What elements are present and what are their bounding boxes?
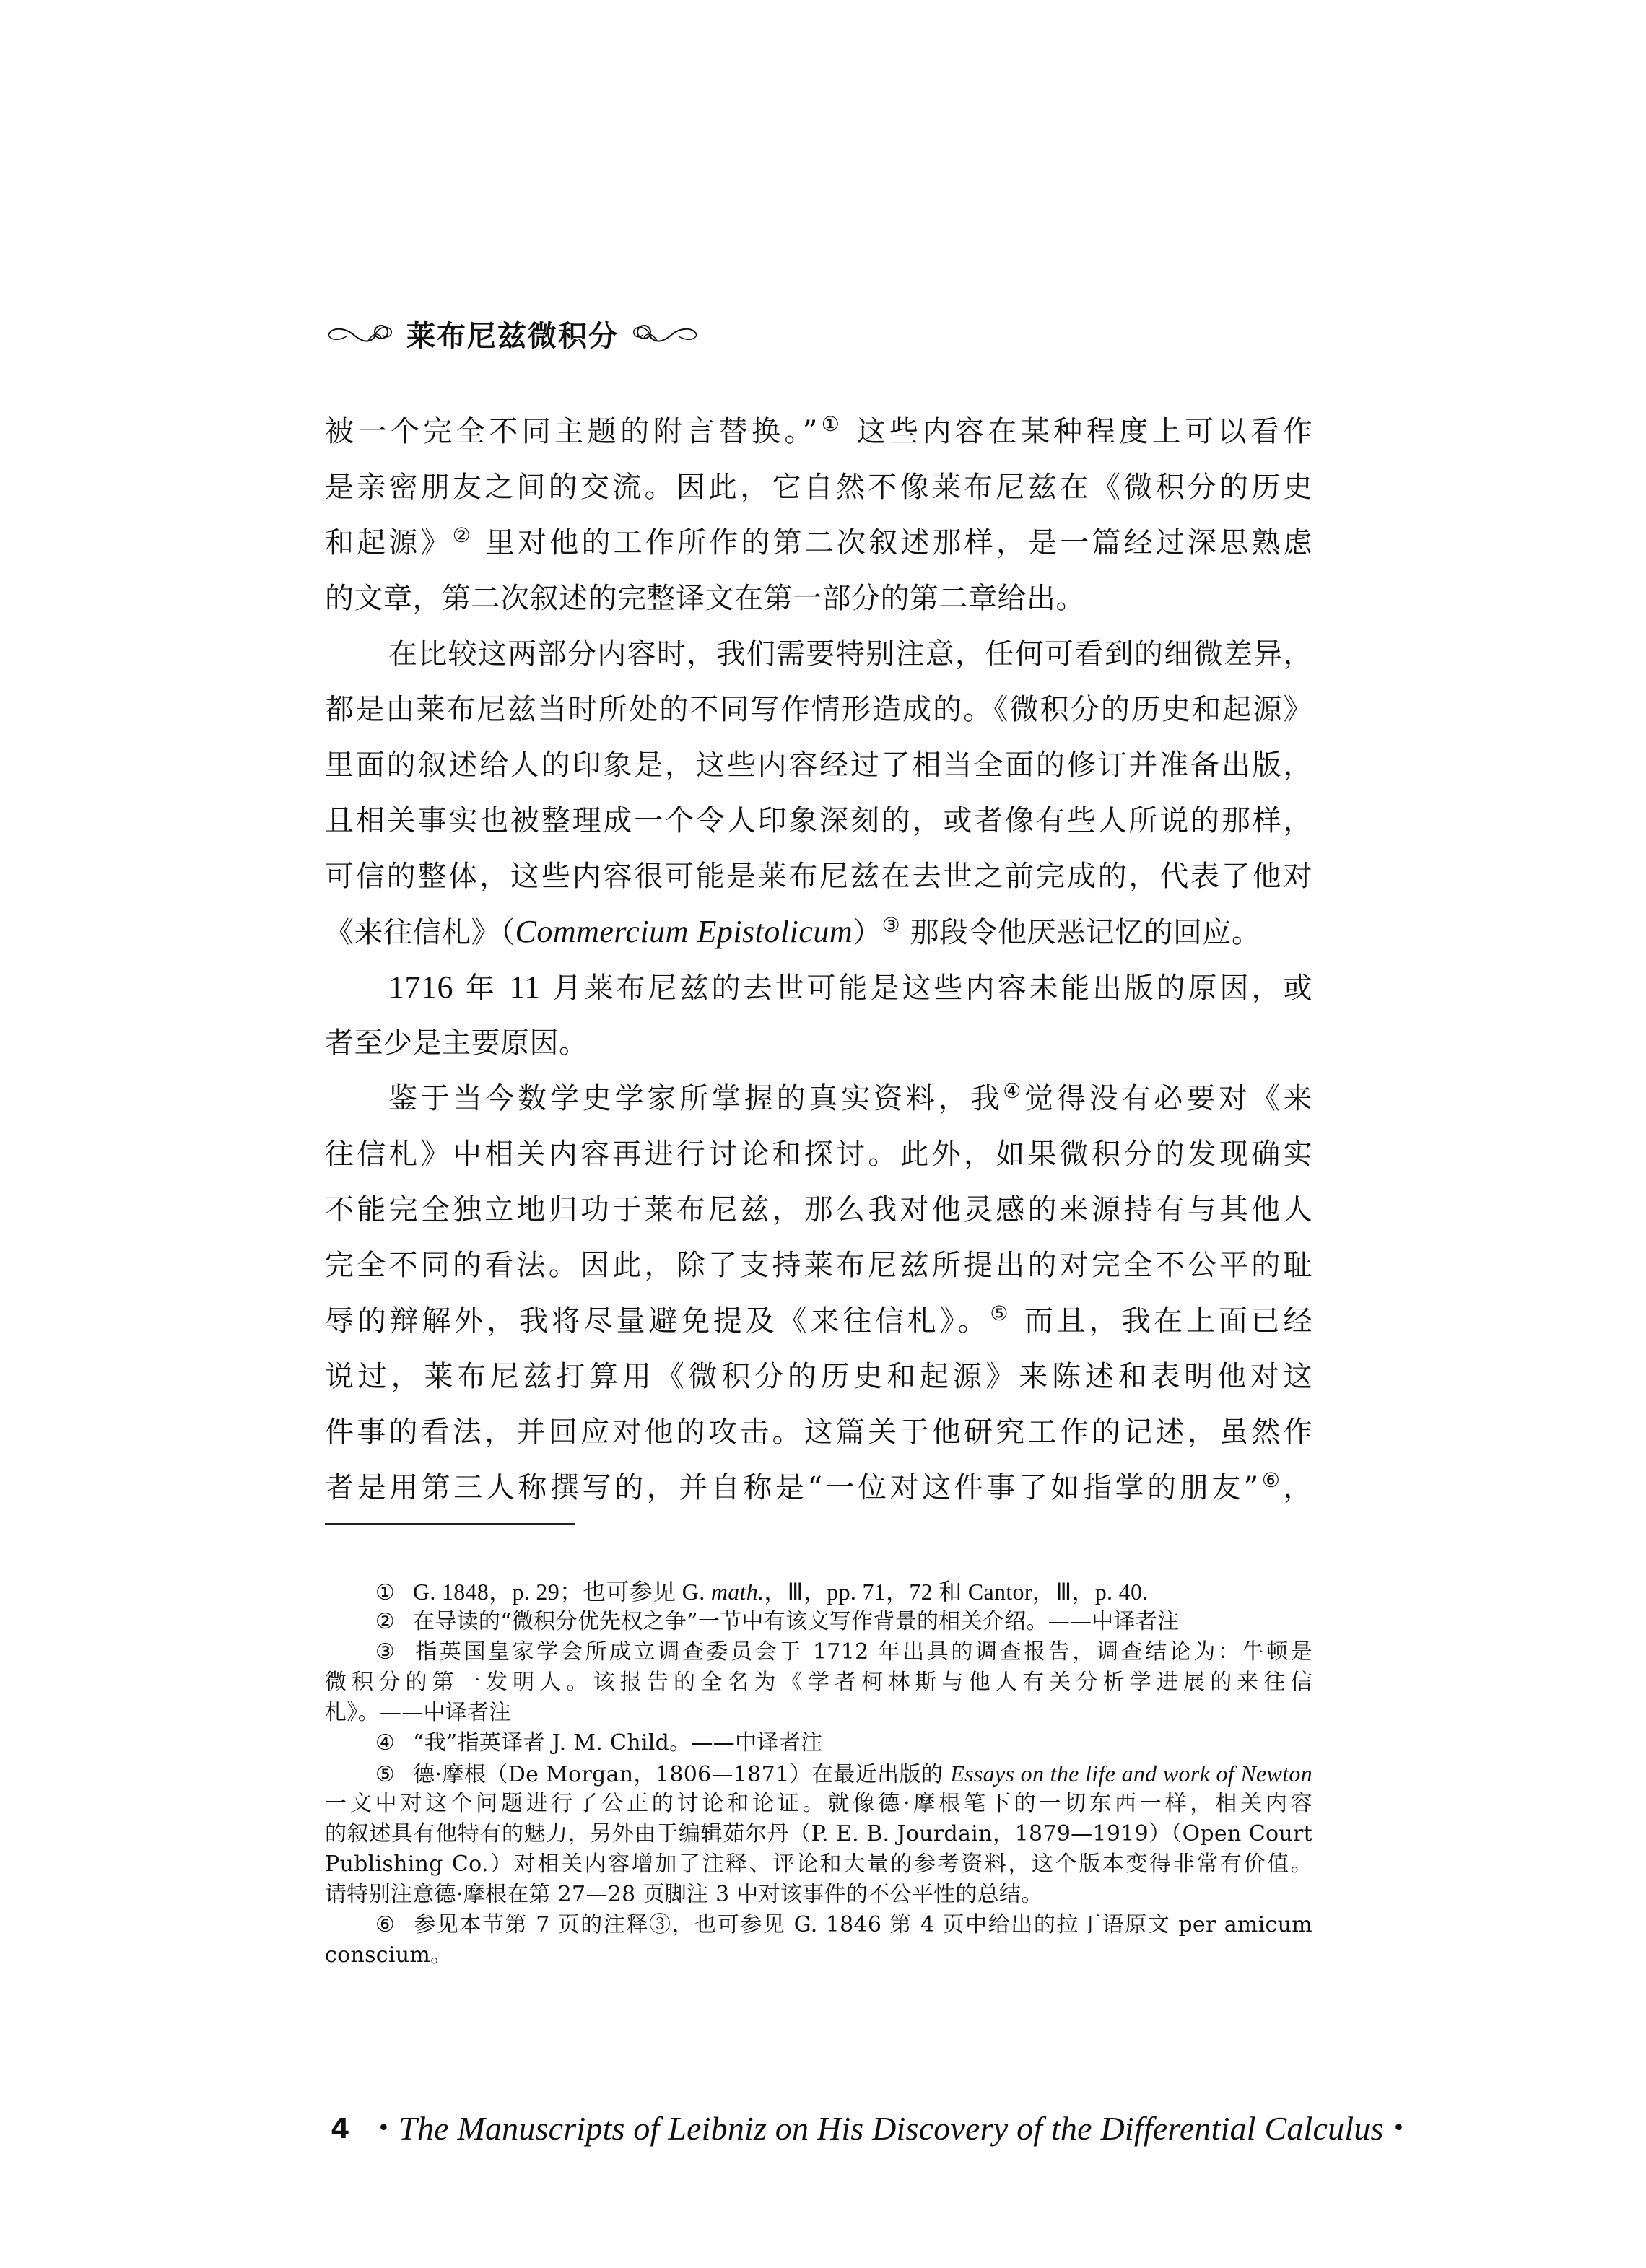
body-line: 且相关事实也被整理成一个令人印象深刻的，或者像有些人所说的那样， <box>325 798 1312 853</box>
body-line: 在比较这两部分内容时，我们需要特别注意，任何可看到的细微差异， <box>325 631 1312 686</box>
bullet-icon: • <box>377 2116 390 2141</box>
body-line: 者是用第三人称撰写的，并自称是“一位对这件事了如指掌的朋友”⑥， <box>325 1465 1312 1520</box>
page-footer: 4 • The Manuscripts of Leibniz on His Di… <box>331 2109 1414 2147</box>
body-line: 者至少是主要原因。 <box>325 1020 1312 1076</box>
running-header: 莱布尼兹微积分 <box>325 312 700 355</box>
body-text: 被一个完全不同主题的附言替换。”① 这些内容在某种程度上可以看作 是亲密朋友之间… <box>325 409 1312 1520</box>
footnote-5: ⑤德·摩根（De Morgan，1806—1871）在最近出版的 Essays … <box>325 1760 1312 1790</box>
body-line: 辱的辩解外，我将尽量避免提及《来往信札》。⑤ 而且，我在上面已经 <box>325 1298 1312 1353</box>
footnote-4: ④“我”指英译者 J. M. Child。——中译者注 <box>325 1730 1312 1760</box>
body-line: 完全不同的看法。因此，除了支持莱布尼兹所提出的对完全不公平的耻 <box>325 1242 1312 1298</box>
body-line: 和起源》② 里对他的工作所作的第二次叙述那样，是一篇经过深思熟虑 <box>325 520 1312 575</box>
page-number: 4 <box>331 2113 349 2145</box>
footnote-6: ⑥参见本节第 7 页的注释③，也可参见 G. 1846 第 4 页中给出的拉丁语… <box>325 1911 1312 1942</box>
latin-title: Commercium Epistolicum <box>515 914 853 949</box>
footnote-ref-5[interactable]: ⑤ <box>990 1301 1011 1325</box>
chapter-header-title: 莱布尼兹微积分 <box>406 313 619 354</box>
body-line: 被一个完全不同主题的附言替换。”① 这些内容在某种程度上可以看作 <box>325 409 1312 464</box>
body-line: 《来往信札》（Commercium Epistolicum）③ 那段令他厌恶记忆… <box>325 909 1312 964</box>
body-line: 可信的整体，这些内容很可能是莱布尼兹在去世之前完成的，代表了他对 <box>325 853 1312 909</box>
footnote-5-cont: 的叙述具有他特有的魅力，另外由于编辑茹尔丹（P. E. B. Jourdain，… <box>325 1820 1312 1851</box>
footnote-1: ①G. 1848，p. 29；也可参见 G. math.，Ⅲ，pp. 71，72… <box>325 1578 1312 1608</box>
body-line: 鉴于当今数学史学家所掌握的真实资料，我④觉得没有必要对《来 <box>325 1076 1312 1131</box>
footnote-5-cont: Publishing Co.）对相关内容增加了注释、评论和大量的参考资料，这个版… <box>325 1851 1312 1881</box>
footnotes: ①G. 1848，p. 29；也可参见 G. math.，Ⅲ，pp. 71，72… <box>325 1578 1312 1972</box>
body-line: 都是由莱布尼兹当时所处的不同写作情形造成的。《微积分的历史和起源》 <box>325 686 1312 742</box>
footnote-ref-3[interactable]: ③ <box>882 913 901 937</box>
body-line: 1716 年 11 月莱布尼兹的去世可能是这些内容未能出版的原因，或 <box>325 964 1312 1020</box>
footnote-ref-6[interactable]: ⑥ <box>1259 1468 1284 1492</box>
footnote-5-cont: 一文中对这个问题进行了公正的讨论和论证。就像德·摩根笔下的一切东西一样，相关内容 <box>325 1790 1312 1820</box>
bullet-icon: • <box>1393 2116 1406 2141</box>
footnote-ref-1[interactable]: ① <box>818 412 844 436</box>
flourish-left-icon <box>325 319 393 348</box>
footnote-2: ②在导读的“微积分优先权之争”一节中有该文写作背景的相关介绍。——中译者注 <box>325 1608 1312 1639</box>
footnote-separator <box>325 1523 575 1525</box>
footnote-6-cont: conscium。 <box>325 1942 1312 1972</box>
body-line: 往信札》中相关内容再进行讨论和探讨。此外，如果微积分的发现确实 <box>325 1131 1312 1187</box>
body-line: 的文章，第二次叙述的完整译文在第一部分的第二章给出。 <box>325 575 1312 631</box>
footnote-3-cont: 札》。——中译者注 <box>325 1699 1312 1730</box>
body-line: 说过，莱布尼兹打算用《微积分的历史和起源》来陈述和表明他对这 <box>325 1353 1312 1409</box>
running-footer-title: The Manuscripts of Leibniz on His Discov… <box>399 2109 1383 2147</box>
body-line: 不能完全独立地归功于莱布尼兹，那么我对他灵感的来源持有与其他人 <box>325 1187 1312 1242</box>
footnote-ref-4[interactable]: ④ <box>1003 1079 1024 1103</box>
footnote-5-cont: 请特别注意德·摩根在第 27—28 页脚注 3 中对该事件的不公平性的总结。 <box>325 1881 1312 1911</box>
footnote-ref-2[interactable]: ② <box>453 523 474 547</box>
body-line: 件事的看法，并回应对他的攻击。这篇关于他研究工作的记述，虽然作 <box>325 1409 1312 1465</box>
body-line: 是亲密朋友之间的交流。因此，它自然不像莱布尼兹在《微积分的历史 <box>325 464 1312 520</box>
flourish-right-icon <box>632 319 700 348</box>
body-line: 里面的叙述给人的印象是，这些内容经过了相当全面的修订并准备出版， <box>325 742 1312 798</box>
footnote-3-cont: 微积分的第一发明人。该报告的全名为《学者柯林斯与他人有关分析学进展的来往信 <box>325 1669 1312 1699</box>
footnote-3: ③指英国皇家学会所成立调查委员会于 1712 年出具的调查报告，调查结论为：牛顿… <box>325 1639 1312 1669</box>
